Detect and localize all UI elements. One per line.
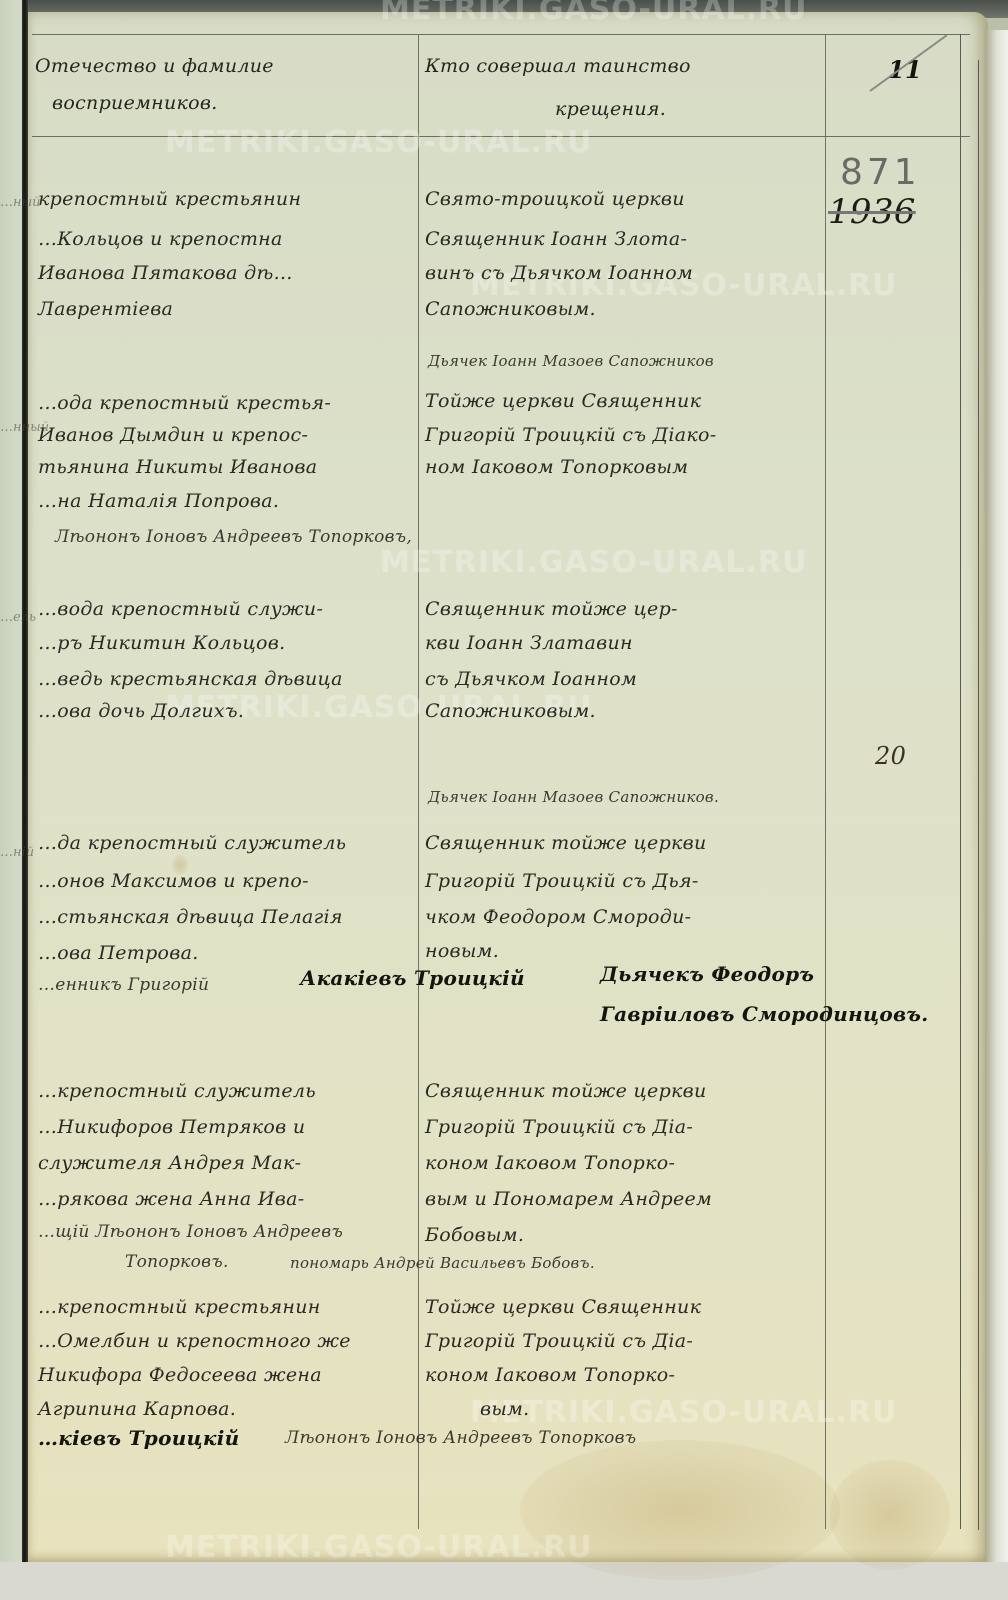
facing-page-margin-text: …ный [0,195,41,210]
table-top-rule [32,34,970,35]
entry5-godparents-line: …Никифоров Петряков и [38,1116,305,1138]
entry3-godparents-line: …ведь крестьянская дѣвица [38,668,343,690]
entry2-clergy-line: Тойже церкви Священник [425,390,701,412]
entry4-signature-right: Гавріиловъ Смородинцовъ. [600,1002,929,1026]
clergy-header-line2: крещения. [555,98,666,120]
entry5-clergy-line: коном Іаковом Топорко- [425,1152,675,1174]
entry4-signature-mid: Акакіевъ Троицкій [300,966,525,990]
entry1-godparents-line: крепостный крестьянин [38,188,301,210]
column-divider-1 [418,34,419,1529]
entry6-clergy-line: вым. [480,1398,530,1420]
entry6-signature-left: …кіевъ Троицкій [38,1426,239,1450]
entry3-godparents-line: …ръ Никитин Кольцов. [38,632,285,654]
entry2-clergy-line: Григорій Троицкій съ Діако- [425,424,717,446]
entry4-godparents-line: …онов Максимов и крепо- [38,870,309,892]
entry4-godparents-line: …стьянская дѣвица Пелагія [38,906,343,928]
page-number: 11 [888,55,922,84]
entry5-clergy-line: Бобовым. [425,1224,524,1246]
entry4-clergy-prenote: Дьячек Іоанн Мазоев Сапожников. [428,788,719,806]
foxing-stain [830,1460,950,1570]
entry5-signature-mid: пономарь Андрей Васильевъ Бобовъ. [290,1254,595,1272]
page-edge-line [978,60,979,1530]
entry2-clergy-line: ном Іаковом Топорковым [425,456,688,478]
entry5-godparents-line: служителя Андрея Мак- [38,1152,301,1174]
watermark: METRIKI.GASO-URAL.RU [380,545,808,580]
entry6-clergy-line: коном Іаковом Топорко- [425,1364,675,1386]
entry2-signature: Лѣононъ Іоновъ Андреевъ Топорковъ, [55,527,412,547]
entry4-signature-right: Дьячекъ Феодоръ [600,962,814,986]
page-edge-right [985,30,1008,1570]
scanner-background-bottom [0,1562,1008,1600]
entry3-godparents-line: …вода крепостный служи- [38,598,323,620]
entry1-godparents-line: Иванова Пятакова дѣ… [38,262,293,284]
entry6-godparents-line: Агрипина Карпова. [38,1398,236,1420]
entry4-signature-left: …енникъ Григорій [38,975,209,995]
entry5-godparents-line: …рякова жена Анна Ива- [38,1188,304,1210]
entry4-clergy-line: чком Феодором Смороди- [425,906,691,928]
watermark: METRIKI.GASO-URAL.RU [380,0,808,27]
entry3-clergy-line: кви Іоанн Златавин [425,632,633,654]
watermark: METRIKI.GASO-URAL.RU [165,1530,593,1565]
entry5-clergy-line: вым и Пономарем Андреем [425,1188,712,1210]
archive-number-pencil: 871 [840,152,921,193]
entry3-godparents-line: …ова дочь Долгихъ. [38,700,244,722]
godparents-header-line1: Отечество и фамилие [35,55,274,77]
entry1-godparents-line: …Кольцов и крепостна [38,228,283,250]
entry3-clergy-line: Сапожниковым. [425,700,596,722]
entry2-godparents-line: …ода крепостный крестья- [38,392,331,414]
godparents-header-line2: восприемников. [52,92,218,114]
binding-gutter [22,0,28,1600]
entry5-godparents-line: …крепостный служитель [38,1080,316,1102]
column-divider-2 [825,34,826,1529]
column-divider-outer [960,34,961,1529]
entry3-clergy-line: съ Дьячком Іоанном [425,668,637,690]
clergy-header-line1: Кто совершал таинство [425,55,691,77]
entry1-clergy-line: Священник Іоанн Злота- [425,228,687,250]
entry6-clergy-line: Тойже церкви Священник [425,1296,701,1318]
entry2-godparents-line: …на Наталія Попрова. [38,490,279,512]
entry6-signature-mid: Лѣононъ Іоновъ Андреевъ Топорковъ [285,1428,636,1448]
entry4-clergy-line: Григорій Троицкій съ Дья- [425,870,699,892]
entry5-clergy-line: Григорій Троицкій съ Діа- [425,1116,693,1138]
entry4-clergy-line: Священник тойже церкви [425,832,707,854]
entry6-godparents-line: …Омелбин и крепостного же [38,1330,351,1352]
entry2-godparents-line: Иванов Дымдин и крепос- [38,424,308,446]
entry1-clergy-line: винъ съ Дьячком Іоанном [425,262,693,284]
entry6-godparents-line: Никифора Федосеева жена [38,1364,322,1386]
entry4-clergy-line: новым. [425,940,499,962]
facing-page-margin-text: …ній [0,845,34,860]
entry3-clergy-line: Священник тойже цер- [425,598,678,620]
archive-number-struck: 1936 [828,192,916,232]
watermark: METRIKI.GASO-URAL.RU [470,1395,898,1430]
entry6-clergy-line: Григорій Троицкій съ Діа- [425,1330,693,1352]
entry1-clergy-line: Сапожниковым. [425,298,596,320]
entry1-clergy-line: Свято-троицкой церкви [425,188,685,210]
watermark: METRIKI.GASO-URAL.RU [165,125,593,160]
entry6-godparents-line: …крепостный крестьянин [38,1296,321,1318]
entry5-signature-left: Топорковъ. [125,1252,229,1272]
side-mark: 20 [875,742,906,770]
entry5-clergy-line: Священник тойже церкви [425,1080,707,1102]
entry1-godparents-line: Лаврентіева [38,298,173,320]
entry5-signature-left: …щій Лѣононъ Іоновъ Андреевъ [38,1222,343,1242]
entry2-clergy-prenote: Дьячек Іоанн Мазоев Сапожников [428,352,714,370]
entry4-godparents-line: …да крепостный служитель [38,832,346,854]
entry2-godparents-line: тьянина Никиты Иванова [38,456,317,478]
facing-page-margin-text: …ель [0,610,36,625]
entry4-godparents-line: …ова Петрова. [38,942,199,964]
